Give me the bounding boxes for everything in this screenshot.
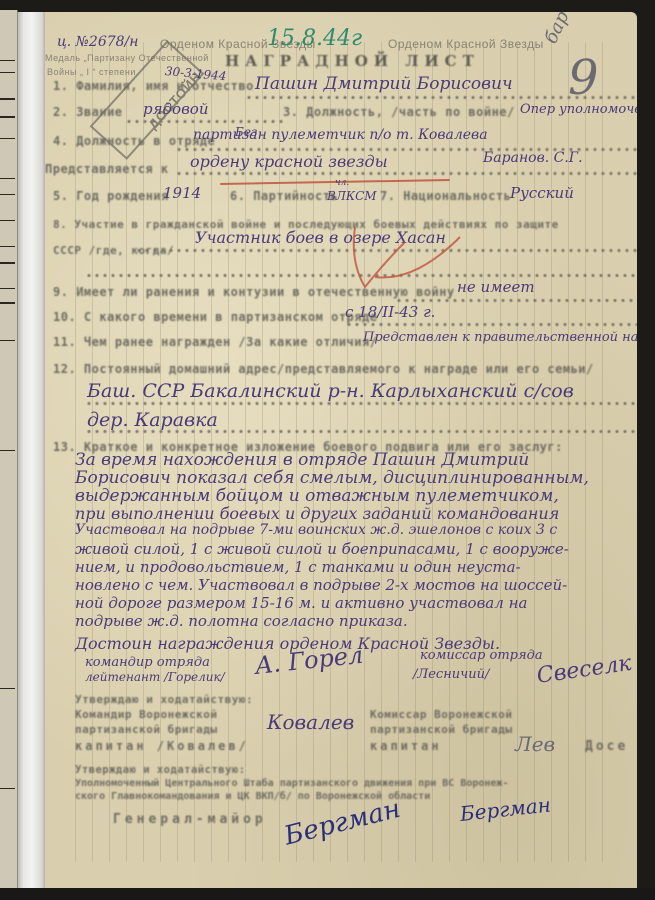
text-line: выдержанным бойцом и отважным пулеметчик… <box>75 486 615 504</box>
document-title: НАГРАДНОЙ ЛИСТ <box>225 52 480 70</box>
section-13-text: За время нахождения в отряде Пашин Дмитр… <box>75 450 615 652</box>
field-12-label: 12. Постоянный домашний адрес/представля… <box>53 362 594 376</box>
commissar-name: /Лесничий/ <box>413 667 489 682</box>
approval-left-line-4: капитан /Ковалев/ <box>75 739 249 753</box>
commissar-title: комиссар отряда <box>420 648 543 663</box>
field-2-label: 2. Звание <box>53 105 123 119</box>
handwritten-date: 15.8.44г <box>267 26 362 51</box>
adjacent-page-edge <box>0 10 18 900</box>
case-number: ц. №2678/н <box>57 34 138 50</box>
approval-right-name: Досе <box>585 739 628 754</box>
final-approval-line-2: Уполномоченный Центрального Штаба партиз… <box>75 778 508 789</box>
nomination-note-right: Баранов. С.Г. <box>483 150 583 166</box>
approval-right-signature: Лев <box>515 732 555 756</box>
field-7-value: Русский <box>510 184 574 202</box>
field-3-label: 3. Должность, /часть по войне/ <box>283 105 515 119</box>
field-2-value: рядовой <box>143 100 209 118</box>
field-10-label: 10. С какого времени в партизанском отря… <box>53 310 377 324</box>
field-1-label: 1. Фамилия, имя и отчество <box>53 79 254 93</box>
approval-left-line-3: партизанской бригады <box>75 723 217 736</box>
final-rank: Генерал-майор <box>113 812 267 827</box>
field-5-value: 1914 <box>163 184 201 202</box>
field-5-label: 5. Год рождения <box>53 189 169 203</box>
red-pencil-mark <box>345 222 475 292</box>
field-10-value: с 18/II-43 г. <box>345 303 435 321</box>
final-approval-line-1: Утверждаю и ходатайствую: <box>75 764 246 776</box>
field-1-value: Пашин Дмитрий Борисович <box>255 74 513 94</box>
field-1-dots <box>245 96 637 99</box>
field-6-note: чл. <box>335 178 349 188</box>
nomination-label: Представляется к <box>45 162 169 176</box>
field-6-value: ВЛКСМ <box>327 189 377 203</box>
field-9-label: 9. Имеет ли ранения и контузии в отечест… <box>53 285 455 299</box>
field-7-label: 7. Национальность <box>380 189 511 203</box>
text-line: За время нахождения в отряде Пашин Дмитр… <box>75 450 615 468</box>
approval-left-line-1: Утверждаю и ходатайствую: <box>75 693 253 706</box>
text-line: живой силой, 1 с живой силой и боеприпас… <box>75 540 615 558</box>
binding-gutter <box>17 12 46 888</box>
commander-title: командир отряда <box>85 655 210 670</box>
nomination-value: ордену красной звезды <box>190 152 388 171</box>
field-3-value: Опер уполномоченный <box>520 102 637 117</box>
text-line: Участвовал на подрыве 7-ми воинских ж.д.… <box>75 522 615 540</box>
text-line: нием, и продовольствием, 1 с танками и о… <box>75 558 615 576</box>
field-4-label: 4. Должность в отряде <box>53 134 215 148</box>
field-12-value-line-1: Баш. ССР Бакалинский р-н. Карлыханский с… <box>87 380 574 402</box>
nomination-note-above: Без <box>235 125 257 139</box>
approval-right-line-1: Комиссар Воронежской <box>370 708 512 721</box>
field-6-label: 6. Партийность <box>230 189 338 203</box>
order-printed-right: Орденом Красной Звезды <box>388 37 544 51</box>
approval-right-line-2: партизанской бригады <box>370 723 512 736</box>
war-line: Войны „ I “ степени <box>47 67 136 77</box>
field-2-dots <box>125 120 285 123</box>
field-12-dots-2 <box>85 430 637 433</box>
field-9-value: не имеет <box>457 278 535 296</box>
text-line: при выполнении боевых и других заданий к… <box>75 504 615 522</box>
scan-border-bottom <box>0 888 655 900</box>
approval-left-signature: Ковалев <box>267 710 354 734</box>
text-line: ной дороге размером 15-16 м. и активно у… <box>75 594 615 612</box>
field-11-label: 11. Чем ранее награжден /За какие отличи… <box>53 335 377 349</box>
field-12-value-line-2: дер. Каравка <box>87 409 218 431</box>
text-line: подрыве ж.д. полотна согласно приказа. <box>75 612 615 630</box>
field-10-dots <box>345 323 637 326</box>
text-line: Борисович показал себя смелым, дисциплин… <box>75 468 615 486</box>
field-12-dots-1 <box>85 402 637 405</box>
field-11-value: Представлен к правительственной награде <box>363 330 637 345</box>
text-line: новлено с чем. Участвовал в подрыве 2-х … <box>75 576 615 594</box>
approval-left-line-2: Командир Воронежской <box>75 708 217 721</box>
nomination-dots <box>175 172 637 175</box>
commander-name: лейтенант /Горелик/ <box>85 670 225 684</box>
award-sheet: ц. №2678/н Орденом Красной Звезды 15.8.4… <box>45 12 637 888</box>
field-9-dots <box>395 299 637 302</box>
approval-right-line-3: капитан <box>370 739 442 753</box>
